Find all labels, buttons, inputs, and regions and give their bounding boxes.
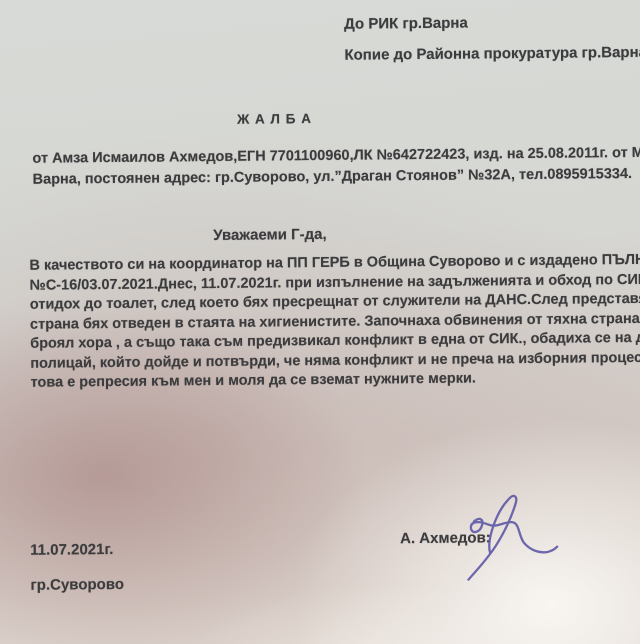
body-paragraph: В качеството си на координатор на ПП ГЕР…	[29, 250, 640, 393]
salutation: Уважаеми Г-да,	[213, 226, 327, 244]
date: 11.07.2021г.	[30, 541, 113, 559]
handwritten-signature	[462, 491, 561, 586]
recipient-block: До РИК гр.Варна Копие до Районна прокура…	[344, 13, 640, 64]
sender-block: от Амза Исмаилов Ахмедов,ЕГН 7701100960,…	[32, 143, 640, 191]
document-photo: До РИК гр.Варна Копие до Районна прокура…	[0, 0, 640, 644]
signature-stroke-wave	[471, 518, 557, 553]
recipient-line-1: До РИК гр.Варна	[344, 13, 640, 33]
place: гр.Суворово	[30, 576, 124, 594]
recipient-line-2: Копие до Районна прокуратура гр.Варна	[344, 44, 640, 64]
complaint-sheet: До РИК гр.Варна Копие до Районна прокура…	[0, 0, 640, 644]
complaint-title: Ж А Л Б А	[237, 111, 312, 127]
signature-stroke-loop	[468, 496, 517, 580]
